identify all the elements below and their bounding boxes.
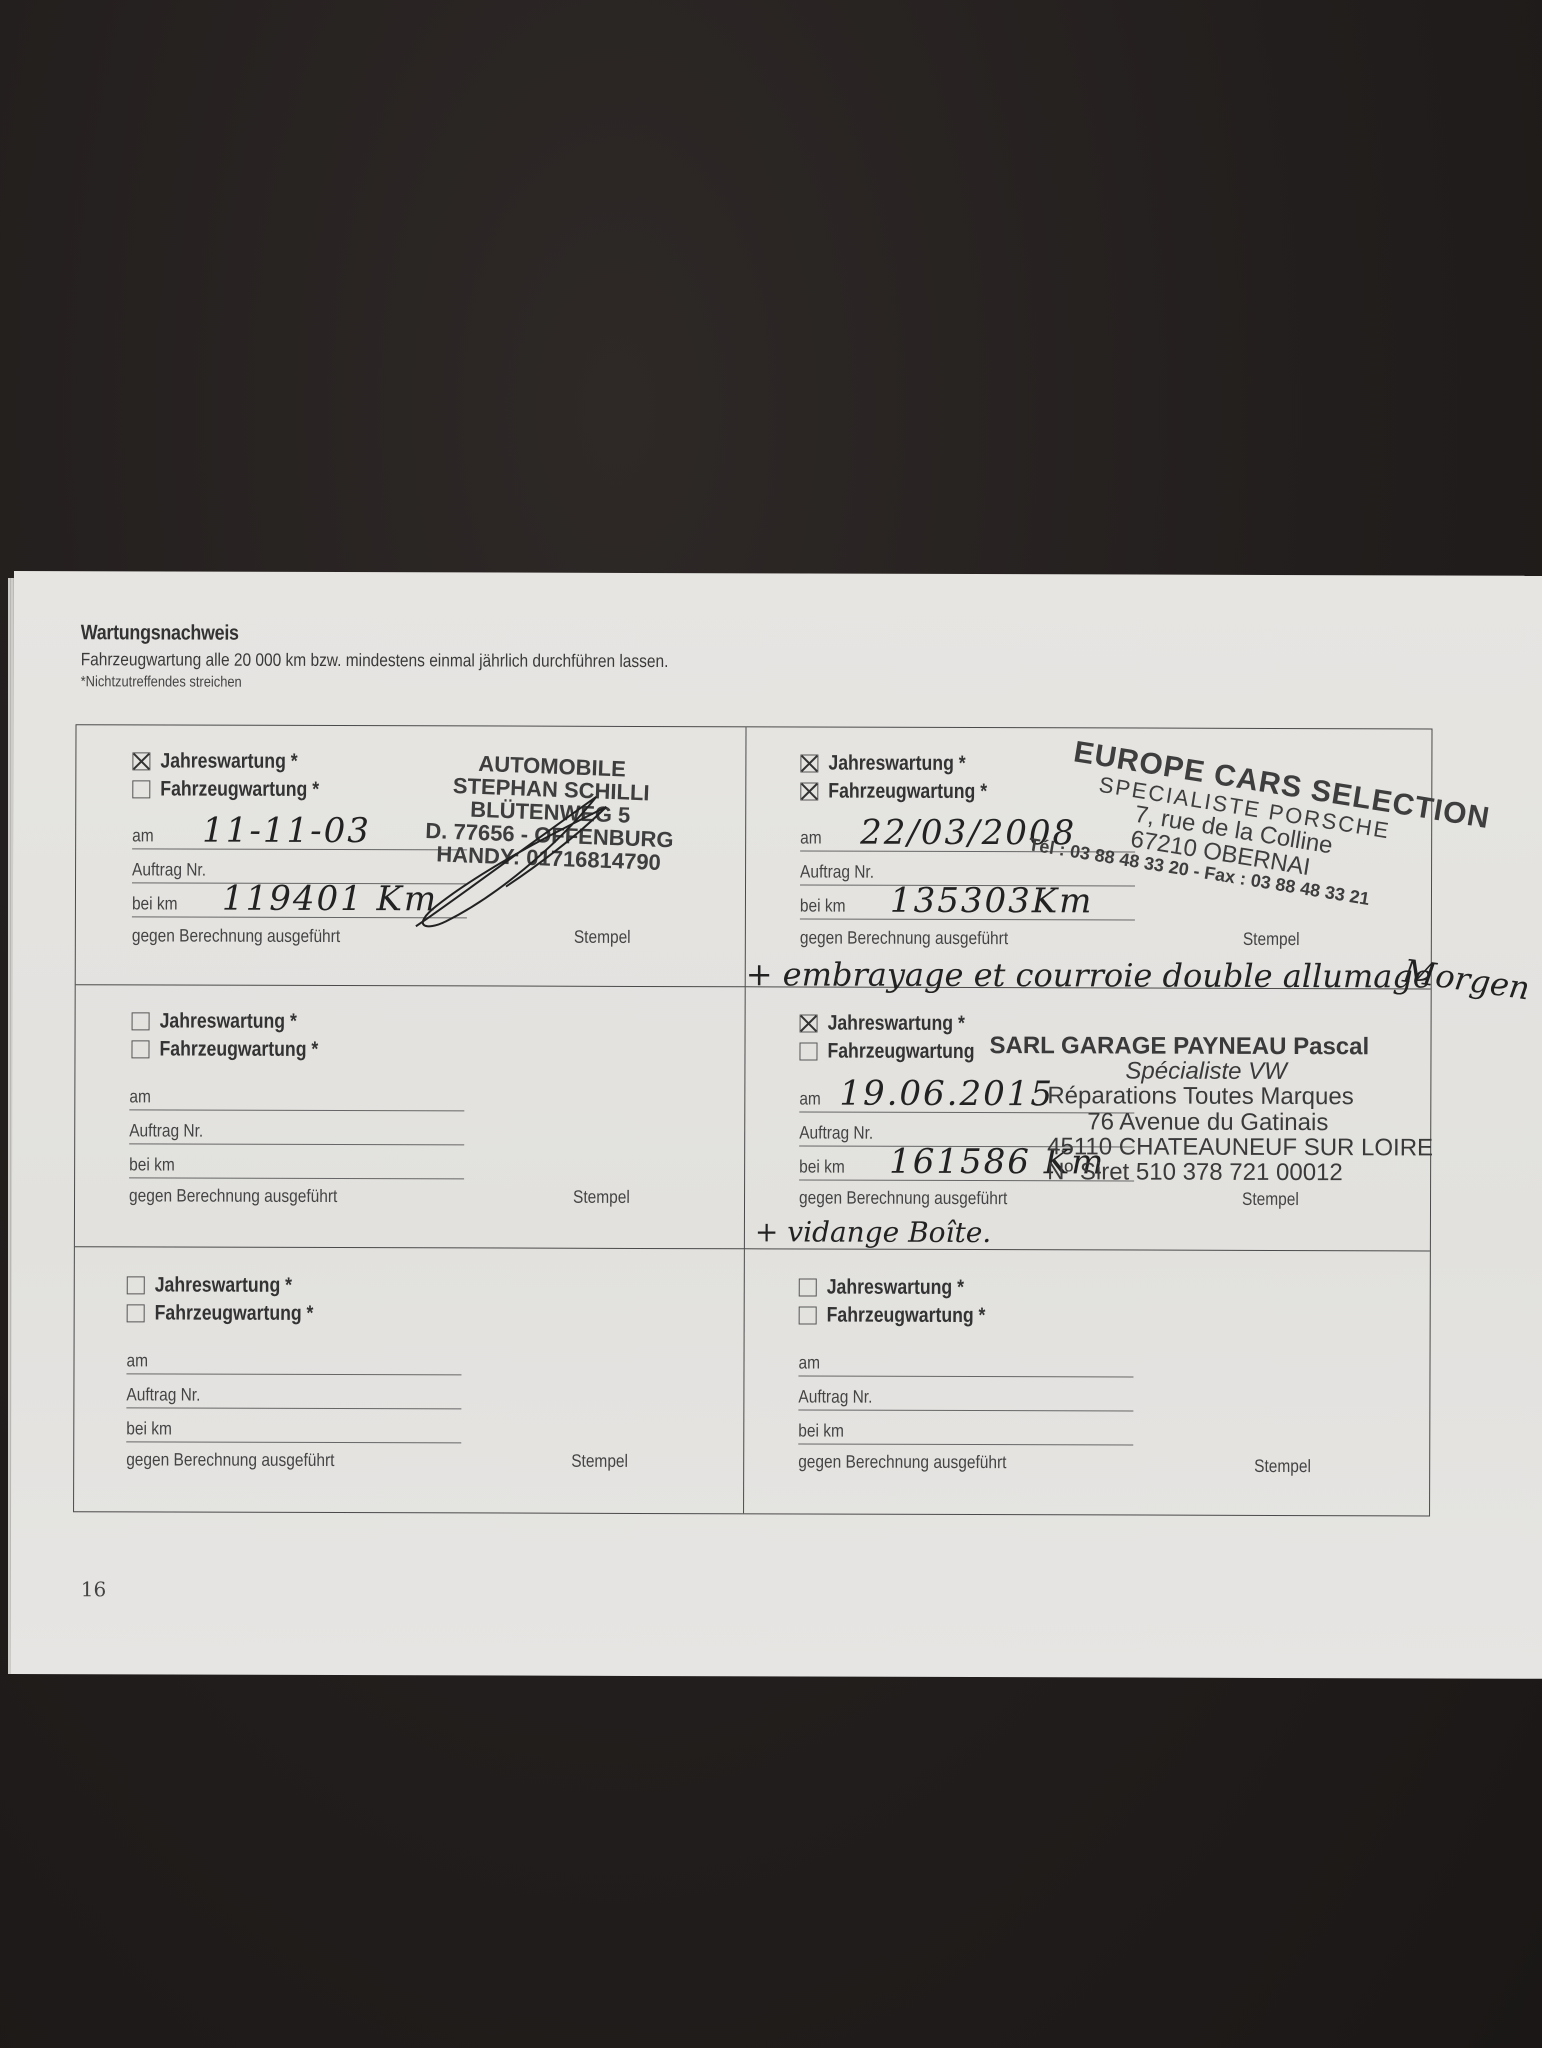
- fahrzeugwartung-checkbox[interactable]: [131, 1040, 149, 1058]
- jahreswartung-row: Jahreswartung *: [132, 749, 323, 774]
- fahrzeugwartung-checkbox[interactable]: [800, 782, 818, 800]
- fahrzeugwartung-row: Fahrzeugwartung *: [127, 1301, 344, 1326]
- gegen-berechnung-label: gegen Berechnung ausgeführt: [126, 1449, 334, 1471]
- jahreswartung-checkbox[interactable]: [132, 752, 150, 770]
- jahreswartung-row: Jahreswartung *: [800, 1011, 991, 1036]
- km-field[interactable]: bei km: [129, 1149, 464, 1179]
- date-field[interactable]: am: [798, 1347, 1133, 1377]
- fahrzeugwartung-row: Fahrzeugwartung *: [800, 779, 1017, 804]
- stempel-label: Stempel: [1243, 929, 1300, 950]
- handwritten-note: + vidange Boîte.: [755, 1215, 991, 1249]
- fahrzeugwartung-row: Fahrzeugwartung *: [799, 1303, 1016, 1328]
- stempel-label: Stempel: [573, 1187, 630, 1208]
- fahrzeugwartung-checkbox[interactable]: [799, 1042, 817, 1060]
- jahreswartung-row: Jahreswartung *: [799, 1275, 990, 1300]
- fahrzeugwartung-checkbox[interactable]: [799, 1306, 817, 1324]
- fahrzeugwartung-row: Fahrzeugwartung *: [132, 777, 349, 802]
- maintenance-entry-4: Jahreswartung * Fahrzeugwartung am 19.06…: [745, 987, 1431, 1251]
- page-number: 16: [81, 1577, 107, 1601]
- page-title: Wartungsnachweis: [81, 621, 662, 647]
- gegen-berechnung-label: gegen Berechnung ausgeführt: [800, 927, 1008, 949]
- order-number-field[interactable]: Auftrag Nr.: [126, 1379, 461, 1409]
- gegen-berechnung-label: gegen Berechnung ausgeführt: [129, 1185, 337, 1207]
- gegen-berechnung-label: gegen Berechnung ausgeführt: [132, 925, 340, 947]
- jahreswartung-checkbox[interactable]: [132, 1012, 150, 1030]
- stempel-label: Stempel: [571, 1451, 628, 1472]
- order-number-field[interactable]: Auftrag Nr.: [798, 1381, 1133, 1411]
- maintenance-entry-2: Jahreswartung * Fahrzeugwartung * am 22/…: [746, 727, 1432, 989]
- maintenance-entry-5: Jahreswartung * Fahrzeugwartung * am Auf…: [74, 1247, 745, 1513]
- maintenance-grid: Jahreswartung * Fahrzeugwartung * am 11-…: [73, 724, 1432, 1516]
- date-field[interactable]: am: [126, 1345, 461, 1375]
- fahrzeugwartung-checkbox[interactable]: [127, 1304, 145, 1322]
- km-field[interactable]: bei km: [126, 1413, 461, 1443]
- fahrzeugwartung-row: Fahrzeugwartung *: [131, 1037, 348, 1062]
- jahreswartung-checkbox[interactable]: [799, 1278, 817, 1296]
- km-value: 135303Km: [890, 881, 1094, 922]
- order-number-field[interactable]: Auftrag Nr.: [129, 1115, 464, 1145]
- booklet-page: Wartungsnachweis Fahrzeugwartung alle 20…: [11, 571, 1542, 1679]
- maintenance-entry-1: Jahreswartung * Fahrzeugwartung * am 11-…: [76, 725, 747, 987]
- jahreswartung-row: Jahreswartung *: [132, 1009, 323, 1034]
- signature-icon: [406, 786, 626, 937]
- stempel-label: Stempel: [1254, 1456, 1311, 1477]
- jahreswartung-checkbox[interactable]: [800, 754, 818, 772]
- gegen-berechnung-label: gegen Berechnung ausgeführt: [798, 1451, 1006, 1473]
- footnote: *Nichtzutreffendes streichen: [81, 673, 669, 692]
- page-subtitle: Fahrzeugwartung alle 20 000 km bzw. mind…: [81, 649, 669, 672]
- date-value: 11-11-03: [202, 811, 371, 852]
- km-field[interactable]: bei km: [798, 1415, 1133, 1445]
- header: Wartungsnachweis Fahrzeugwartung alle 20…: [81, 621, 765, 692]
- km-field[interactable]: bei km 135303Km: [800, 890, 1135, 920]
- fahrzeugwartung-row: Fahrzeugwartung: [799, 1039, 1002, 1064]
- garage-stamp: SARL GARAGE PAYNEAU Pascal Spécialiste V…: [1007, 1033, 1433, 1185]
- date-field[interactable]: am: [129, 1081, 464, 1111]
- jahreswartung-row: Jahreswartung *: [800, 751, 991, 776]
- fahrzeugwartung-checkbox[interactable]: [132, 780, 150, 798]
- jahreswartung-checkbox[interactable]: [800, 1014, 818, 1032]
- jahreswartung-row: Jahreswartung *: [127, 1273, 318, 1298]
- gegen-berechnung-label: gegen Berechnung ausgeführt: [799, 1187, 1007, 1209]
- jahreswartung-checkbox[interactable]: [127, 1276, 145, 1294]
- stempel-label: Stempel: [1242, 1189, 1299, 1210]
- maintenance-entry-6: Jahreswartung * Fahrzeugwartung * am Auf…: [744, 1249, 1430, 1515]
- maintenance-entry-3: Jahreswartung * Fahrzeugwartung * am Auf…: [75, 985, 746, 1249]
